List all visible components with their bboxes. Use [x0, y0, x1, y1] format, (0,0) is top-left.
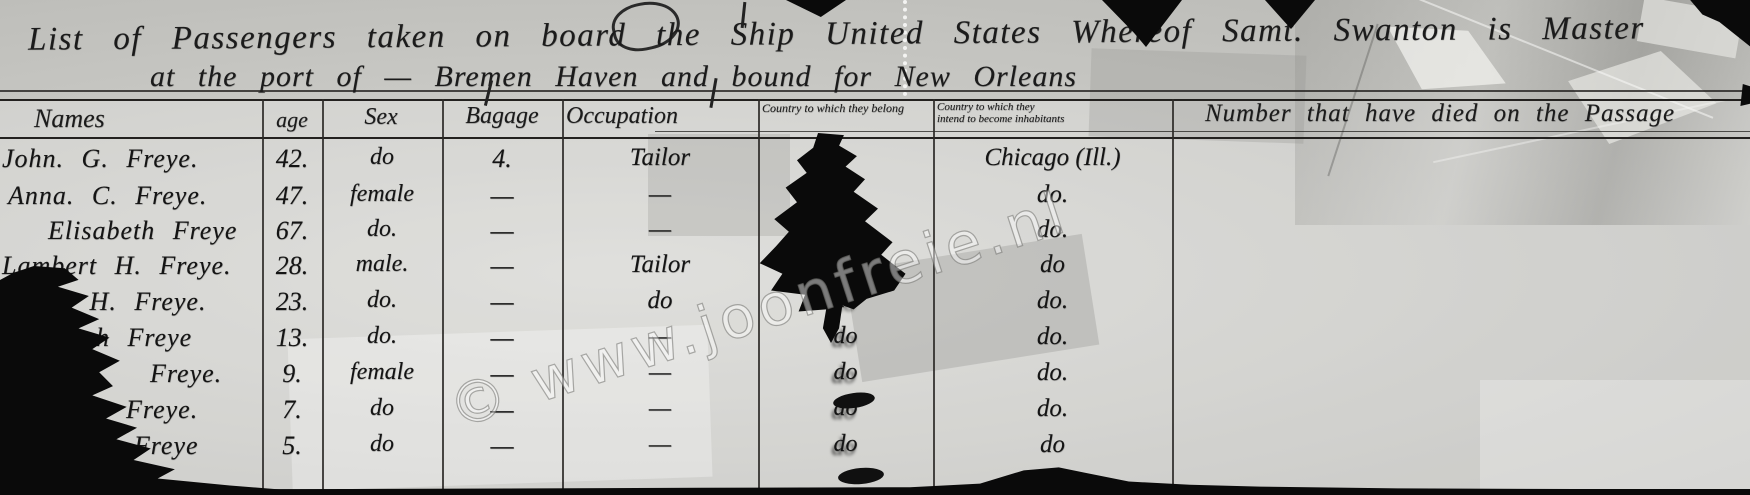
cell-age: 7. [262, 395, 322, 425]
cell-bagage: 4. [442, 144, 562, 174]
cell-bagage: — [442, 359, 562, 389]
cell-bagage: — [442, 181, 562, 211]
cell-occupation: — [562, 323, 758, 351]
cell-sex: male. [322, 251, 442, 278]
cell-sex: female [322, 359, 442, 386]
cell-bagage: — [442, 216, 562, 246]
cell-country_settle: do. [933, 216, 1172, 244]
cell-age: 5. [262, 431, 322, 461]
cell-sex: do [322, 431, 442, 458]
cell-country_settle: do [933, 251, 1172, 279]
cell-occupation: — [562, 181, 758, 209]
cell-country_settle: Chicago (Ill.) [933, 144, 1172, 172]
column-header-occupation: Occupation [566, 103, 756, 130]
cell-name: John. G. Freye. [0, 144, 258, 174]
cell-country_settle: do. [933, 359, 1172, 387]
cell-sex: female [322, 181, 442, 208]
paper-crumple-highlight [1637, 0, 1743, 58]
cell-occupation: — [562, 395, 758, 423]
column-header-name: Names [34, 104, 105, 134]
cell-country_settle: do. [933, 323, 1172, 351]
document-title-line2: at the port of — Bremen Haven and bound … [150, 60, 1077, 94]
table-row: Freye.9.female——dodo. [0, 359, 1750, 399]
cell-country_settle: do. [933, 287, 1172, 315]
cell-bagage: — [442, 323, 562, 353]
column-header-deaths: Number that have died on the Passage [1205, 100, 1750, 128]
cell-occupation: — [562, 216, 758, 244]
table-row: h Freye13.do.——dodo. [0, 323, 1750, 363]
cell-age: 67. [262, 216, 322, 246]
cell-country_settle: do. [933, 181, 1172, 209]
document-title-line1: List of Passengers taken on board the Sh… [28, 10, 1645, 58]
cell-occupation: Tailor [562, 251, 758, 279]
cell-country_belong: do [758, 251, 933, 278]
cell-name: Elisabeth Freye [0, 216, 304, 246]
cell-age: 13. [262, 323, 322, 353]
cell-country_settle: do. [933, 395, 1172, 423]
cell-occupation: Tailor [562, 144, 758, 172]
cell-country_settle: do [933, 431, 1172, 459]
column-header-bagage: Bagage [446, 103, 558, 130]
table-row: ne Freye.7.do——dodo. [0, 395, 1750, 435]
cell-age: 47. [262, 181, 322, 211]
cell-occupation: — [562, 431, 758, 459]
cell-age: 42. [262, 144, 322, 174]
cell-bagage: — [442, 287, 562, 317]
column-header-sex: Sex [326, 104, 436, 131]
table-row: Anna. C. Freye.47.female——do. [0, 181, 1750, 221]
scanned-passenger-list-document: List of Passengers taken on board the Sh… [0, 0, 1750, 495]
cell-sex: do [322, 395, 442, 422]
cell-country_belong: do [758, 431, 933, 458]
column-header-age: age [262, 107, 322, 133]
column-header-country_belong: Country to which they belong [762, 102, 930, 115]
cell-age: 9. [262, 359, 322, 389]
cell-name: John. H. Freye. [0, 287, 266, 317]
cell-age: 28. [262, 251, 322, 281]
cell-sex: do. [322, 216, 442, 243]
cell-occupation: do [562, 287, 758, 315]
paper-crumple-highlight [1550, 44, 1720, 150]
cell-occupation: — [562, 359, 758, 387]
paper-stain [1089, 48, 1307, 143]
cell-country_belong: do [758, 359, 933, 386]
paper-damage-corner [1682, 0, 1750, 58]
cell-bagage: — [442, 395, 562, 425]
cell-bagage: — [442, 251, 562, 281]
cell-name: Anna. C. Freye. [0, 181, 264, 211]
cell-sex: do [322, 144, 442, 171]
cell-name: Lambert H. Freye. [0, 251, 258, 281]
cell-country_belong: do [758, 287, 933, 314]
table-row: Elisabeth Freye67.do.——do. [0, 216, 1750, 256]
column-header-country_settle: Country to which they intend to become i… [937, 101, 1167, 125]
table-rule-header-bottom [655, 131, 1750, 132]
table-row: Lambert H. Freye.28.male.—Tailordodo [0, 251, 1750, 291]
cell-sex: do. [322, 287, 442, 314]
cell-country_belong: do [758, 323, 933, 350]
table-row: A. Freye5.do——dodo [0, 431, 1750, 471]
cell-age: 23. [262, 287, 322, 317]
table-row: John. G. Freye.42.do4.TailorChicago (Ill… [0, 144, 1750, 184]
cell-sex: do. [322, 323, 442, 350]
table-row: John. H. Freye.23.do.—dododo. [0, 287, 1750, 327]
paper-damage-top [786, 0, 846, 17]
cell-bagage: — [442, 431, 562, 461]
